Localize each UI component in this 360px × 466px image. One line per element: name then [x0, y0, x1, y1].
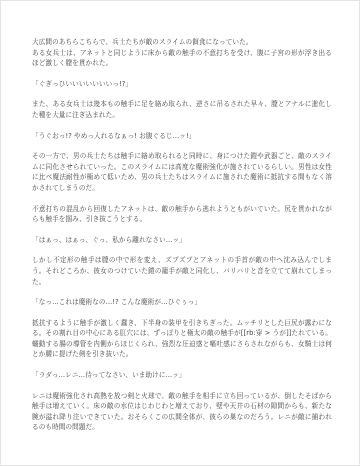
blank-line [32, 287, 332, 297]
dialogue-line: 「うぐおっ!? やめっ入れるなぁっ! お腹ぐるじ…ッ!」 [32, 131, 332, 142]
dialogue-line: 「ラダっ…レニ…待ってなさい、いま助けに…ッ」 [32, 370, 332, 381]
blank-line [32, 225, 332, 235]
blank-line [32, 69, 332, 79]
blank-line [32, 245, 332, 255]
blank-line [32, 360, 332, 370]
blank-line [32, 89, 332, 99]
dialogue-line: 「ぐぎっひいいいいいいいっ!?」 [32, 79, 332, 90]
novel-text-body: 大広間のあちらこちらで、兵士たちが敵のスライムの餌食になっていた。ある女兵士は、… [32, 37, 332, 433]
blank-line [32, 194, 332, 204]
blank-line [32, 308, 332, 318]
narration-paragraph: しかし不定形の触手は膣の中で形を変え、ズブズブとアネットの手首が敵の中へ沈み込ん… [32, 255, 332, 287]
narration-paragraph: 抵抗するように触手が激しく蠢き、下半身の装甲を引きちぎった。ムッチリとした巨尻が… [32, 318, 332, 360]
narration-paragraph: 不意打ちの混乱から回復したアネットは、敵の触手から逃れようともがいていた。尻を貫… [32, 204, 332, 225]
narration-paragraph: レニは魔術強化され高熱を放つ剣と火球で、敵の触手を相手に立ち回っているが、倒した… [32, 391, 332, 433]
novel-page: 大広間のあちらこちらで、兵士たちが敵のスライムの餌食になっていた。ある女兵士は、… [0, 0, 360, 466]
blank-line [32, 381, 332, 391]
blank-line [32, 121, 332, 131]
blank-line [32, 141, 332, 151]
dialogue-line: 「なっ…これは魔術なの…!? こんな魔術が…ひぐぅっ」 [32, 297, 332, 308]
narration-paragraph: ある女兵士は、アネットと同じように床から敵の触手の不意打ちを受け、腹に子宮の形が… [32, 48, 332, 69]
narration-paragraph: その一方で、男の兵士たちは触手に絡め取られると同時に、身につけた鎧や武器ごと、敵… [32, 151, 332, 193]
dialogue-line: 「はぁっ、はぁっ、ぐっ、私から離れなさい…ッ」 [32, 235, 332, 246]
narration-paragraph: また、ある女兵士は幾本もの触手に足を絡め取られ、逆さに吊るされた早々、膣とアナル… [32, 99, 332, 120]
narration-paragraph: 大広間のあちらこちらで、兵士たちが敵のスライムの餌食になっていた。 [32, 37, 332, 48]
